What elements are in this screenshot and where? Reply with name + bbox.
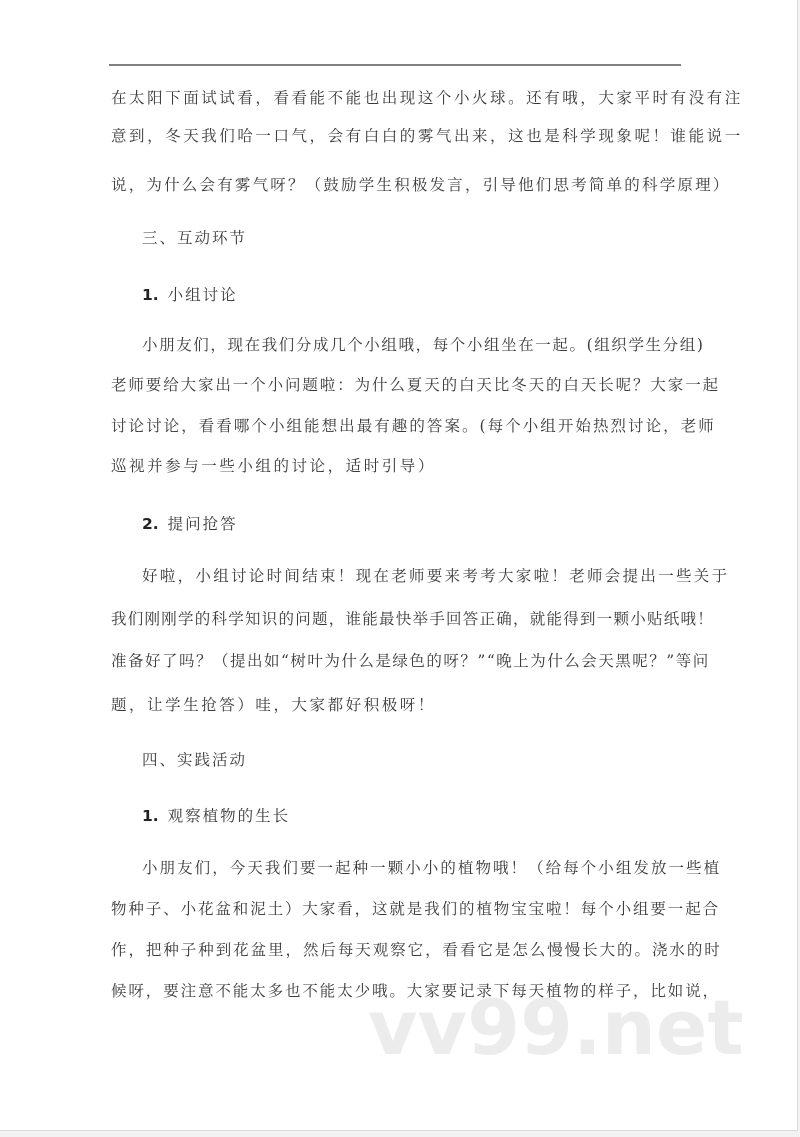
- subsection-number: 1.: [142, 807, 159, 825]
- paragraph-line: 作，把种子种到花盆里，然后每天观察它，看看它是怎么慢慢长大的。浇水的时: [111, 940, 722, 960]
- paragraph-line: 物种子、小花盆和泥土）大家看，这就是我们的植物宝宝啦！每个小组要一起合: [111, 899, 720, 919]
- subsection-heading: 1. 小组讨论: [142, 285, 238, 305]
- paragraph-line: 在太阳下面试试看，看看能不能也出现这个小火球。还有哦，大家平时有没有注: [111, 88, 743, 108]
- subsection-heading: 2. 提问抢答: [142, 514, 238, 534]
- subsection-title: 小组讨论: [168, 286, 238, 304]
- paragraph-line: 老师要给大家出一个小问题啦：为什么夏天的白天比冬天的白天长呢？大家一起: [111, 375, 720, 395]
- paragraph-line: 小朋友们，今天我们要一起种一颗小小的植物哦！（给每个小组发放一些植: [142, 858, 721, 878]
- section-heading: 四、实践活动: [142, 750, 247, 770]
- paragraph-line: 准备好了吗？（提出如“树叶为什么是绿色的呀？”“晚上为什么会天黑呢？”等问: [111, 651, 710, 671]
- paragraph-line: 意到，冬天我们哈一口气，会有白白的雾气出来，这也是科学现象呢！谁能说一: [111, 126, 743, 146]
- paragraph-line: 说，为什么会有雾气呀？（鼓励学生积极发言，引导他们思考简单的科学原理）: [111, 175, 731, 195]
- paragraph-line: 讨论讨论，看看哪个小组能想出最有趣的答案。(每个小组开始热烈讨论，老师: [111, 416, 716, 436]
- paragraph-line: 候呀，要注意不能太多也不能太少哦。大家要记录下每天植物的样子，比如说，: [111, 981, 720, 1001]
- paragraph-line: 巡视并参与一些小组的讨论，适时引导）: [111, 456, 436, 476]
- document-page: vv99.net 在太阳下面试试看，看看能不能也出现这个小火球。还有哦，大家平时…: [0, 0, 798, 1131]
- document-body: 在太阳下面试试看，看看能不能也出现这个小火球。还有哦，大家平时有没有注 意到，冬…: [0, 0, 797, 1130]
- section-heading: 三、互动环节: [142, 228, 247, 248]
- paragraph-line: 题，让学生抢答）哇，大家都好积极呀！: [111, 695, 436, 715]
- paragraph-line: 小朋友们，现在我们分成几个小组哦，每个小组坐在一起。(组织学生分组): [142, 335, 705, 355]
- paragraph-line: 我们刚刚学的科学知识的问题，谁能最快举手回答正确，就能得到一颗小贴纸哦！: [111, 609, 714, 629]
- subsection-title: 提问抢答: [168, 515, 238, 533]
- subsection-title: 观察植物的生长: [168, 807, 291, 825]
- paragraph-line: 好啦，小组讨论时间结束！现在老师要来考考大家啦！老师会提出一些关于: [142, 566, 729, 586]
- subsection-heading: 1. 观察植物的生长: [142, 806, 290, 826]
- subsection-number: 2.: [142, 515, 159, 533]
- subsection-number: 1.: [142, 286, 159, 304]
